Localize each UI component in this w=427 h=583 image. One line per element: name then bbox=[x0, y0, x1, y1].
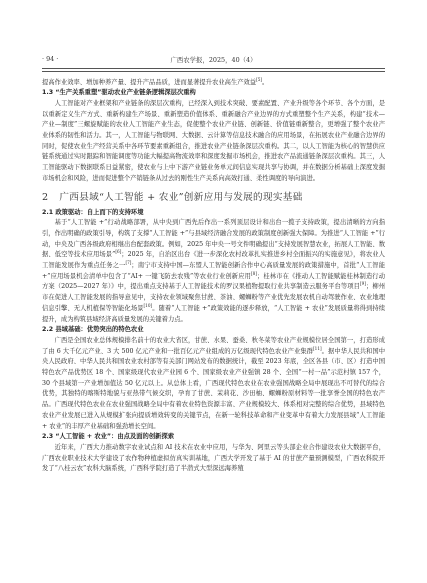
section-heading-2: 2广西县域“人工智能 + 农业”创新应用与发展的现实基础 bbox=[42, 191, 385, 205]
citation-ref: [10] bbox=[144, 303, 153, 308]
paragraph: 人工智能对产业框架和产业链条的深层次重构，已经深入到技术突破、要素配置、产业升级… bbox=[42, 99, 385, 185]
section-heading-2-3: 2.3 “人工智能 + 农业”：由点及面的创新探索 bbox=[42, 432, 385, 443]
section-heading-2-2: 2.2 县域基础：优势突出的特色农业 bbox=[42, 325, 385, 336]
citation-ref: [11] bbox=[313, 346, 322, 351]
section-heading-2-1: 2.1 政策驱动：自上而下的支持环境 bbox=[42, 208, 385, 219]
article-body: 提高作业效率、增加种养产量、提升产品品质，进而显著提升农业高生产效益[5]。 1… bbox=[42, 78, 385, 476]
running-header: · 94 · 广西农学报，2025，40（4） bbox=[42, 54, 385, 66]
section-title: 广西县域“人工智能 + 农业”创新应用与发展的现实基础 bbox=[59, 192, 302, 203]
paper-page: · 94 · 广西农学报，2025，40（4） 提高作业效率、增加种养产量、提升… bbox=[42, 54, 385, 475]
paragraph-continued: 提高作业效率、增加种养产量、提升产品品质，进而显著提升农业高生产效益[5]。 bbox=[42, 78, 385, 89]
paragraph-text: 。 bbox=[262, 79, 268, 86]
paragraph: 基于“人工智能 +”行动战略部署，从中央到广西先后作出一系列顶层设计和出台一揽子… bbox=[42, 218, 385, 325]
paragraph: 近年来，广西大力推动数字农业试点和 AI 技术在农业中应用，与华为、阿里云等头部… bbox=[42, 443, 385, 475]
paragraph-text: 。据中华人民共和国中央人民政府、中华人民共和国农业农村部等有关部门网站发布的数据… bbox=[42, 348, 385, 430]
section-number: 2 bbox=[42, 192, 48, 203]
journal-citation: 广西农学报，2025，40（4） bbox=[42, 55, 385, 64]
paragraph-text: 提高作业效率、增加种养产量、提升产品品质，进而显著提升农业高生产效益 bbox=[42, 79, 256, 86]
section-heading-1-3: 1.3 “生产关系重塑”驱动农业产业链条逻辑深层次重构 bbox=[42, 88, 385, 99]
header-double-rule bbox=[42, 68, 385, 72]
paragraph: 广西是全国农业总体规模排名前十的农业大省区，甘蔗、水果、蚕桑、秋冬菜等农业产业规… bbox=[42, 336, 385, 432]
